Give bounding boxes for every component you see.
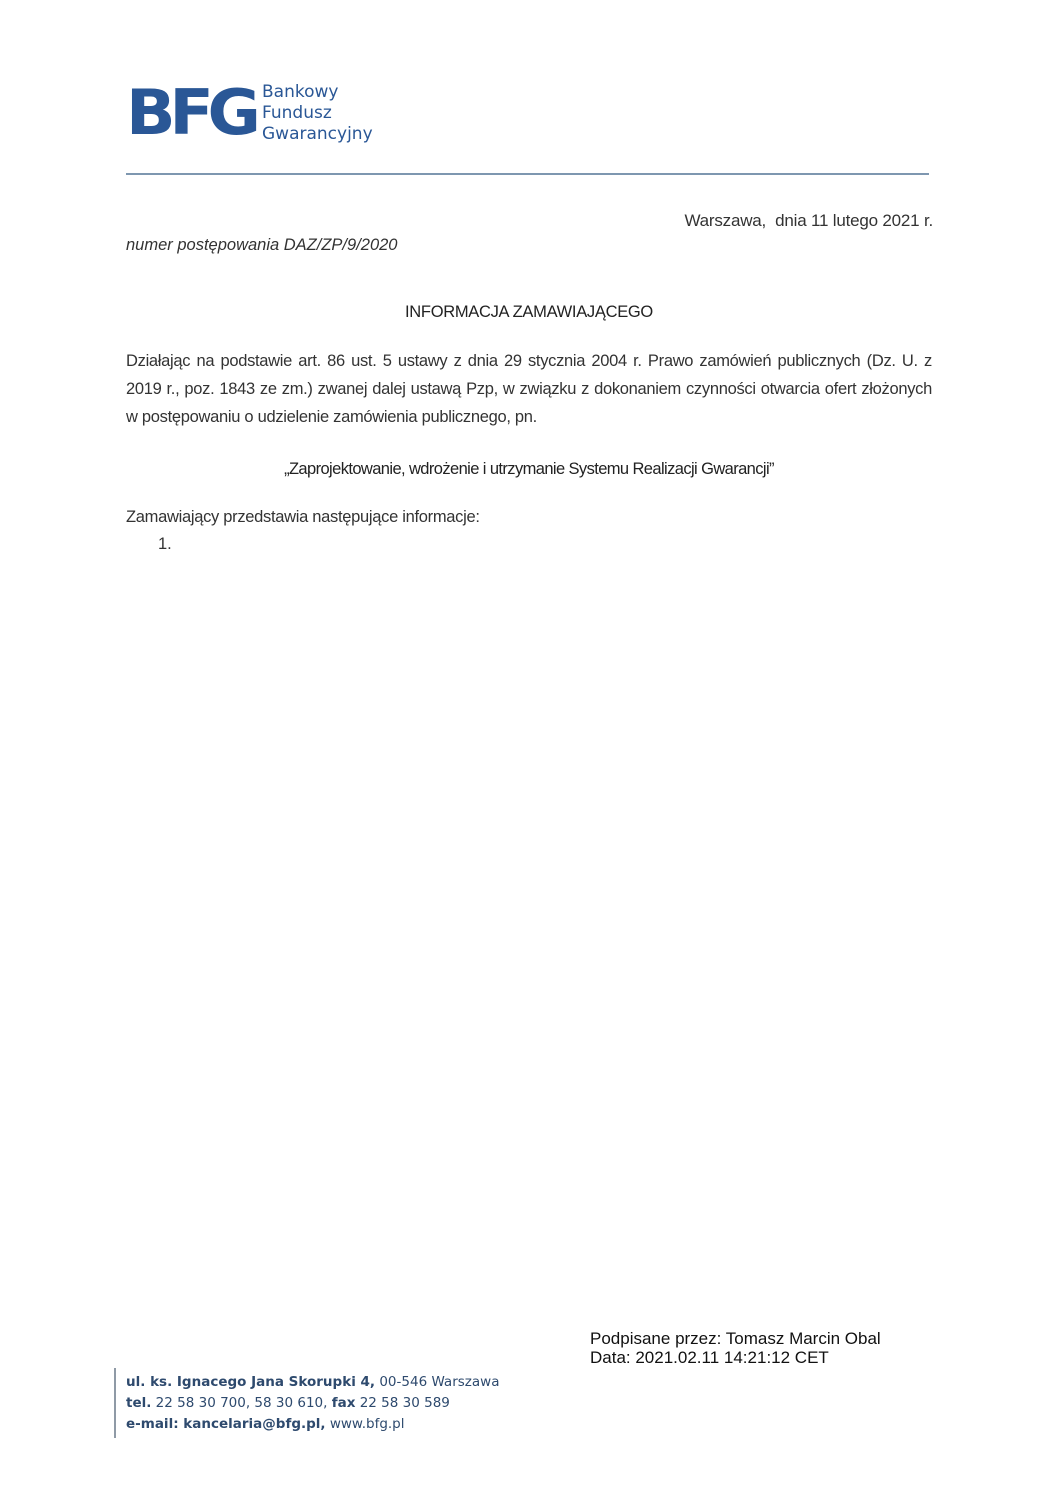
place-date: Warszawa, dnia 11 lutego 2021 r. xyxy=(684,211,933,231)
signed-by: Podpisane przez: Tomasz Marcin Obal xyxy=(590,1329,881,1348)
footer-address: ul. ks. Ignacego Jana Skorupki 4, 00-546… xyxy=(126,1372,499,1393)
tel-numbers: 22 58 30 700, 58 30 610, xyxy=(151,1395,331,1411)
logo-line: Fundusz xyxy=(262,103,373,124)
document-heading: INFORMACJA ZAMAWIAJĄCEGO xyxy=(0,303,1058,322)
website-link[interactable]: www.bfg.pl xyxy=(326,1416,405,1432)
footer-phone: tel. 22 58 30 700, 58 30 610, fax 22 58 … xyxy=(126,1393,499,1414)
footer-bar xyxy=(114,1368,116,1438)
case-number: numer postępowania DAZ/ZP/9/2020 xyxy=(126,236,398,255)
logo-wordmark: Bankowy Fundusz Gwarancyjny xyxy=(262,82,373,145)
header-divider xyxy=(126,173,929,175)
bfg-logo: BFG Bankowy Fundusz Gwarancyjny xyxy=(126,82,386,148)
tel-label: tel. xyxy=(126,1395,151,1411)
address-city: 00-546 Warszawa xyxy=(375,1374,499,1390)
body-paragraph: Działając na podstawie art. 86 ust. 5 us… xyxy=(126,347,932,431)
fax-label: fax xyxy=(332,1395,356,1411)
intro-text: Zamawiający przedstawia następujące info… xyxy=(126,508,480,527)
address-street: ul. ks. Ignacego Jana Skorupki 4, xyxy=(126,1374,375,1390)
digital-signature: Podpisane przez: Tomasz Marcin Obal Data… xyxy=(590,1329,881,1367)
fax-number: 22 58 30 589 xyxy=(355,1395,449,1411)
logo-mark: BFG xyxy=(126,84,255,142)
footer-contact: ul. ks. Ignacego Jana Skorupki 4, 00-546… xyxy=(126,1372,499,1435)
procurement-title: „Zaprojektowanie, wdrożenie i utrzymanie… xyxy=(0,460,1058,479)
footer-email: e-mail: kancelaria@bfg.pl, www.bfg.pl xyxy=(126,1414,499,1435)
signature-date: Data: 2021.02.11 14:21:12 CET xyxy=(590,1348,881,1367)
email-link[interactable]: e-mail: kancelaria@bfg.pl, xyxy=(126,1416,326,1432)
list-item: 1. xyxy=(158,535,172,554)
logo-line: Bankowy xyxy=(262,82,373,103)
logo-line: Gwarancyjny xyxy=(262,124,373,145)
